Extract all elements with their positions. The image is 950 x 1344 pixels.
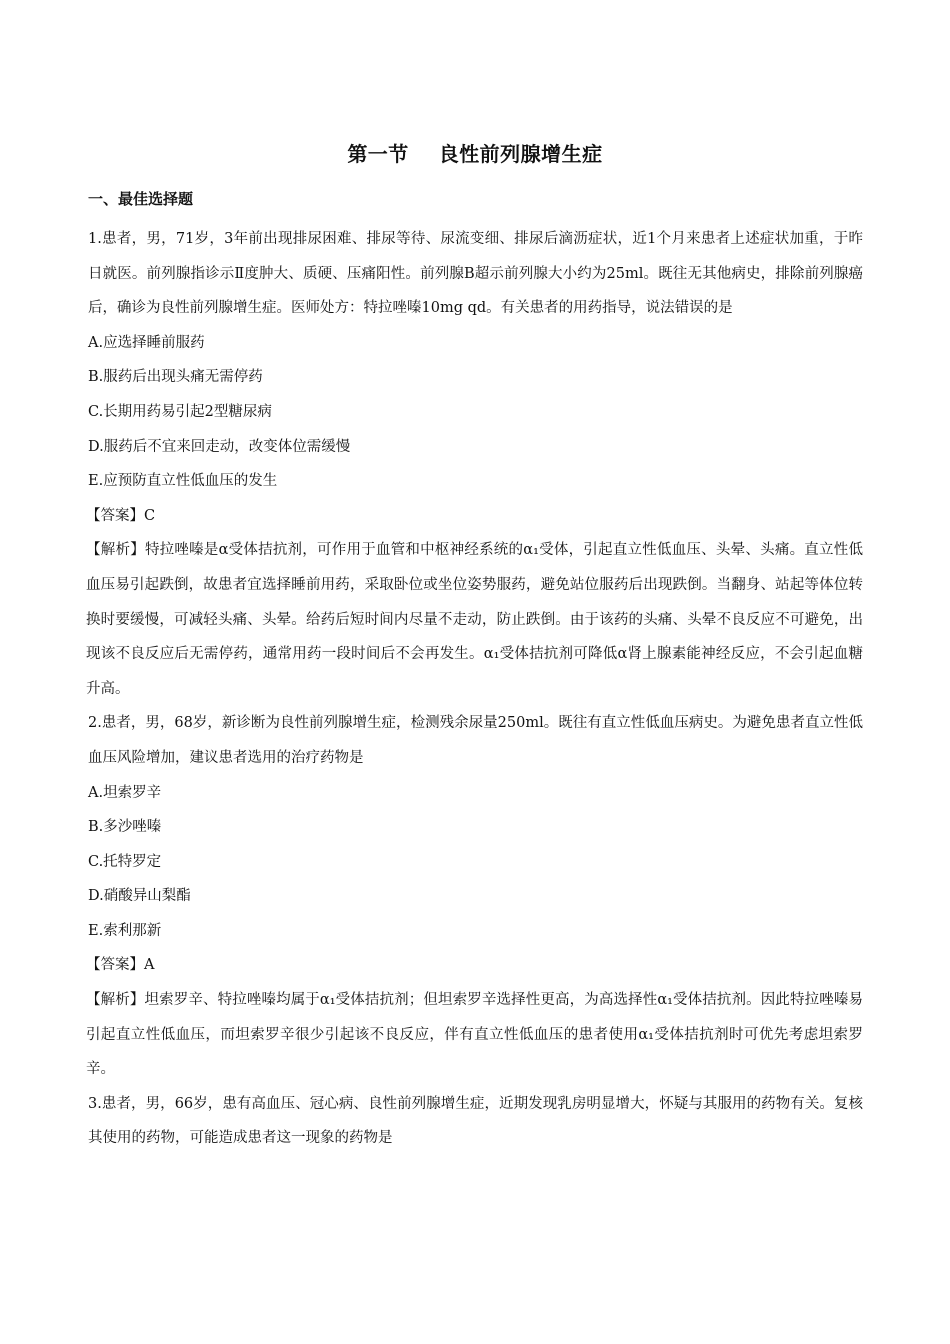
analysis: 【解析】特拉唑嗪是α受体拮抗剂，可作用于血管和中枢神经系统的α₁受体，引起直立性… [86, 533, 863, 706]
answer-value: C [144, 508, 155, 524]
analysis-label: 【解析】 [86, 992, 144, 1008]
option-e: E.应预防直立性低血压的发生 [88, 464, 863, 499]
option-d: D.服药后不宜来回走动，改变体位需缓慢 [88, 430, 863, 465]
option-d: D.硝酸异山梨酯 [88, 879, 863, 914]
option-c: C.长期用药易引起2型糖尿病 [88, 395, 863, 430]
question-stem: 3.患者，男，66岁，患有高血压、冠心病、良性前列腺增生症，近期发现乳房明显增大… [88, 1087, 863, 1156]
option-a: A.坦索罗辛 [88, 776, 863, 811]
option-b: B.多沙唑嗪 [88, 810, 863, 845]
analysis-text: 坦索罗辛、特拉唑嗪均属于α₁受体拮抗剂；但坦索罗辛选择性更高，为高选择性α₁受体… [86, 992, 863, 1077]
option-a: A.应选择睡前服药 [88, 326, 863, 361]
question-stem: 2.患者，男，68岁，新诊断为良性前列腺增生症，检测残余尿量250ml。既往有直… [88, 706, 863, 775]
analysis-text: 特拉唑嗪是α受体拮抗剂，可作用于血管和中枢神经系统的α₁受体，引起直立性低血压、… [86, 542, 863, 696]
analysis: 【解析】坦索罗辛、特拉唑嗪均属于α₁受体拮抗剂；但坦索罗辛选择性更高，为高选择性… [86, 983, 863, 1087]
option-b: B.服药后出现头痛无需停药 [88, 360, 863, 395]
option-e: E.索利那新 [88, 914, 863, 949]
answer-label: 【答案】 [86, 508, 144, 524]
question-stem: 1.患者，男，71岁，3年前出现排尿困难、排尿等待、尿流变细、排尿后滴沥症状，近… [88, 222, 863, 326]
analysis-label: 【解析】 [86, 542, 145, 558]
option-c: C.托特罗定 [88, 845, 863, 880]
answer-value: A [144, 957, 154, 973]
section-heading: 一、最佳选择题 [88, 188, 193, 209]
page-title: 第一节 良性前列腺增生症 [0, 138, 950, 167]
document-page: 第一节 良性前列腺增生症 一、最佳选择题 1.患者，男，71岁，3年前出现排尿困… [0, 0, 950, 1344]
question-list: 1.患者，男，71岁，3年前出现排尿困难、排尿等待、尿流变细、排尿后滴沥症状，近… [88, 222, 863, 1156]
answer-label: 【答案】 [86, 957, 144, 973]
answer: 【答案】A [86, 948, 863, 983]
answer: 【答案】C [86, 499, 863, 534]
